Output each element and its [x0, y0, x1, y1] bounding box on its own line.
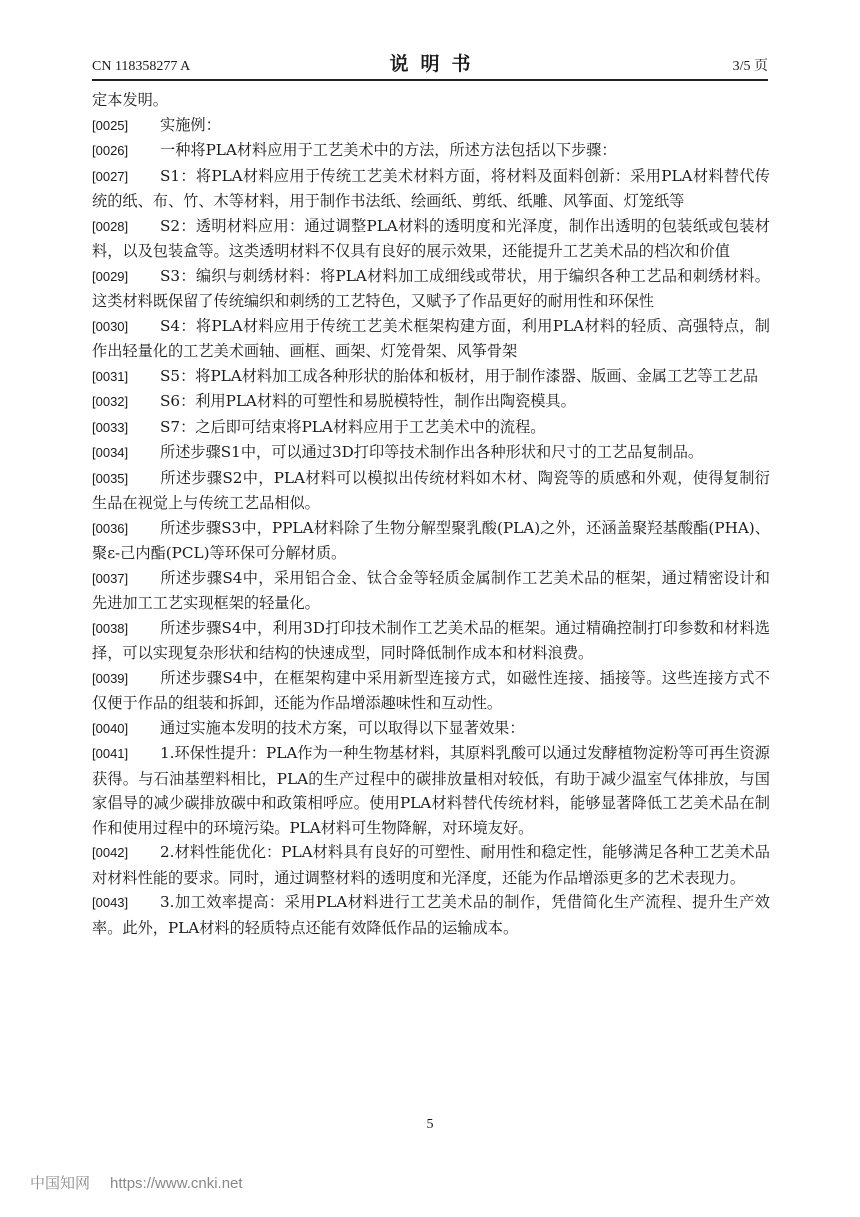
paragraph-number: [0037]: [92, 567, 160, 592]
paragraph-number: [0034]: [92, 441, 160, 466]
paragraph: [0036]所述步骤S3中，PPLA材料除了生物分解型聚乳酸(PLA)之外，还涵…: [92, 516, 770, 566]
cnki-url: https://www.cnki.net: [110, 1175, 243, 1192]
paragraph: [0031]S5：将PLA材料加工成各种形状的胎体和板材，用于制作漆器、版画、金…: [92, 364, 770, 390]
paragraph-text: S7：之后即可结束将PLA材料应用于工艺美术中的流程。: [160, 418, 545, 436]
paragraph-text: S1：将PLA材料应用于传统工艺美术材料方面，将材料及面料创新：采用PLA材料替…: [92, 167, 770, 211]
paragraph: [0040]通过实施本发明的技术方案，可以取得以下显著效果：: [92, 716, 770, 742]
document-title: 说明书: [92, 49, 768, 76]
paragraph-text: S2：透明材料应用：通过调整PLA材料的透明度和光泽度，制作出透明的包装纸或包装…: [92, 217, 770, 261]
document-body: 定本发明。 [0025]实施例： [0026]一种将PLA材料应用于工艺美术中的…: [92, 88, 770, 940]
paragraph-text: S5：将PLA材料加工成各种形状的胎体和板材，用于制作漆器、版画、金属工艺等工艺…: [160, 367, 758, 385]
footer: 中国知网https://www.cnki.net: [30, 1172, 243, 1193]
paragraph-number: [0030]: [92, 315, 160, 340]
paragraph: [0035]所述步骤S2中，PLA材料可以模拟出传统材料如木材、陶瓷等的质感和外…: [92, 466, 770, 516]
paragraph: [0027]S1：将PLA材料应用于传统工艺美术材料方面，将材料及面料创新：采用…: [92, 164, 770, 214]
page-number: 5: [0, 1117, 860, 1133]
paragraph-number: [0041]: [92, 742, 160, 767]
page-header: CN 118358277 A 说明书 3/5 页: [92, 52, 768, 81]
paragraph-number: [0038]: [92, 617, 160, 642]
paragraph-text: 所述步骤S1中，可以通过3D打印等技术制作出各种形状和尺寸的工艺品复制品。: [160, 443, 703, 461]
paragraph: [0028]S2：透明材料应用：通过调整PLA材料的透明度和光泽度，制作出透明的…: [92, 214, 770, 264]
paragraph: [0038]所述步骤S4中，利用3D打印技术制作工艺美术品的框架。通过精确控制打…: [92, 616, 770, 666]
paragraph-text: 所述步骤S2中，PLA材料可以模拟出传统材料如木材、陶瓷等的质感和外观，使得复制…: [92, 469, 770, 513]
paragraph: [0037]所述步骤S4中，采用铝合金、钛合金等轻质金属制作工艺美术品的框架，通…: [92, 566, 770, 616]
page-indicator: 3/5 页: [733, 55, 768, 75]
paragraph-number: [0025]: [92, 114, 160, 139]
paragraph-text: 一种将PLA材料应用于工艺美术中的方法，所述方法包括以下步骤：: [160, 141, 617, 159]
paragraph-number: [0035]: [92, 467, 160, 492]
paragraph-text: 实施例：: [160, 116, 221, 134]
paragraph-number: [0036]: [92, 517, 160, 542]
paragraph-text: 所述步骤S3中，PPLA材料除了生物分解型聚乳酸(PLA)之外，还涵盖聚羟基酸酯…: [92, 519, 770, 563]
paragraph-number: [0033]: [92, 416, 160, 441]
paragraph-number: [0032]: [92, 390, 160, 415]
paragraph-text: 2.材料性能优化：PLA材料具有良好的可塑性、耐用性和稳定性，能够满足各种工艺美…: [92, 843, 770, 887]
paragraph: [0032]S6：利用PLA材料的可塑性和易脱模特性，制作出陶瓷模具。: [92, 389, 770, 415]
paragraph-text: S6：利用PLA材料的可塑性和易脱模特性，制作出陶瓷模具。: [160, 392, 576, 410]
paragraph-number: [0043]: [92, 891, 160, 916]
paragraph-number: [0040]: [92, 717, 160, 742]
paragraph: [0041]1.环保性提升：PLA作为一种生物基材料，其原料乳酸可以通过发酵植物…: [92, 741, 770, 840]
paragraph: [0029]S3：编织与刺绣材料：将PLA材料加工成细线或带状，用于编织各种工艺…: [92, 264, 770, 314]
paragraph: [0033]S7：之后即可结束将PLA材料应用于工艺美术中的流程。: [92, 415, 770, 441]
paragraph-text: 所述步骤S4中，采用铝合金、钛合金等轻质金属制作工艺美术品的框架，通过精密设计和…: [92, 569, 770, 613]
paragraph-number: [0031]: [92, 365, 160, 390]
paragraph: [0042]2.材料性能优化：PLA材料具有良好的可塑性、耐用性和稳定性，能够满…: [92, 840, 770, 890]
paragraph-number: [0026]: [92, 139, 160, 164]
paragraph-text: 所述步骤S4中，利用3D打印技术制作工艺美术品的框架。通过精确控制打印参数和材料…: [92, 619, 770, 663]
paragraph-number: [0027]: [92, 165, 160, 190]
paragraph: 定本发明。: [92, 88, 770, 113]
paragraph-text: 所述步骤S4中，在框架构建中采用新型连接方式，如磁性连接、插接等。这些连接方式不…: [92, 669, 770, 713]
paragraph-text: S4：将PLA材料应用于传统工艺美术框架构建方面，利用PLA材料的轻质、高强特点…: [92, 317, 770, 361]
paragraph-number: [0029]: [92, 265, 160, 290]
paragraph: [0043]3.加工效率提高：采用PLA材料进行工艺美术品的制作，凭借简化生产流…: [92, 890, 770, 940]
cnki-brand: 中国知网: [30, 1175, 90, 1192]
paragraph-text: 1.环保性提升：PLA作为一种生物基材料，其原料乳酸可以通过发酵植物淀粉等可再生…: [92, 744, 770, 837]
paragraph: [0039]所述步骤S4中，在框架构建中采用新型连接方式，如磁性连接、插接等。这…: [92, 666, 770, 716]
paragraph: [0034]所述步骤S1中，可以通过3D打印等技术制作出各种形状和尺寸的工艺品复…: [92, 440, 770, 466]
paragraph-number: [0042]: [92, 841, 160, 866]
paragraph-text: 定本发明。: [92, 91, 168, 109]
paragraph-text: 3.加工效率提高：采用PLA材料进行工艺美术品的制作，凭借简化生产流程、提升生产…: [92, 893, 770, 937]
paragraph: [0026]一种将PLA材料应用于工艺美术中的方法，所述方法包括以下步骤：: [92, 138, 770, 164]
paragraph-number: [0039]: [92, 667, 160, 692]
paragraph-text: S3：编织与刺绣材料：将PLA材料加工成细线或带状，用于编织各种工艺品和刺绣材料…: [92, 267, 770, 311]
paragraph: [0025]实施例：: [92, 113, 770, 139]
paragraph-number: [0028]: [92, 215, 160, 240]
paragraph: [0030]S4：将PLA材料应用于传统工艺美术框架构建方面，利用PLA材料的轻…: [92, 314, 770, 364]
paragraph-text: 通过实施本发明的技术方案，可以取得以下显著效果：: [160, 719, 525, 737]
